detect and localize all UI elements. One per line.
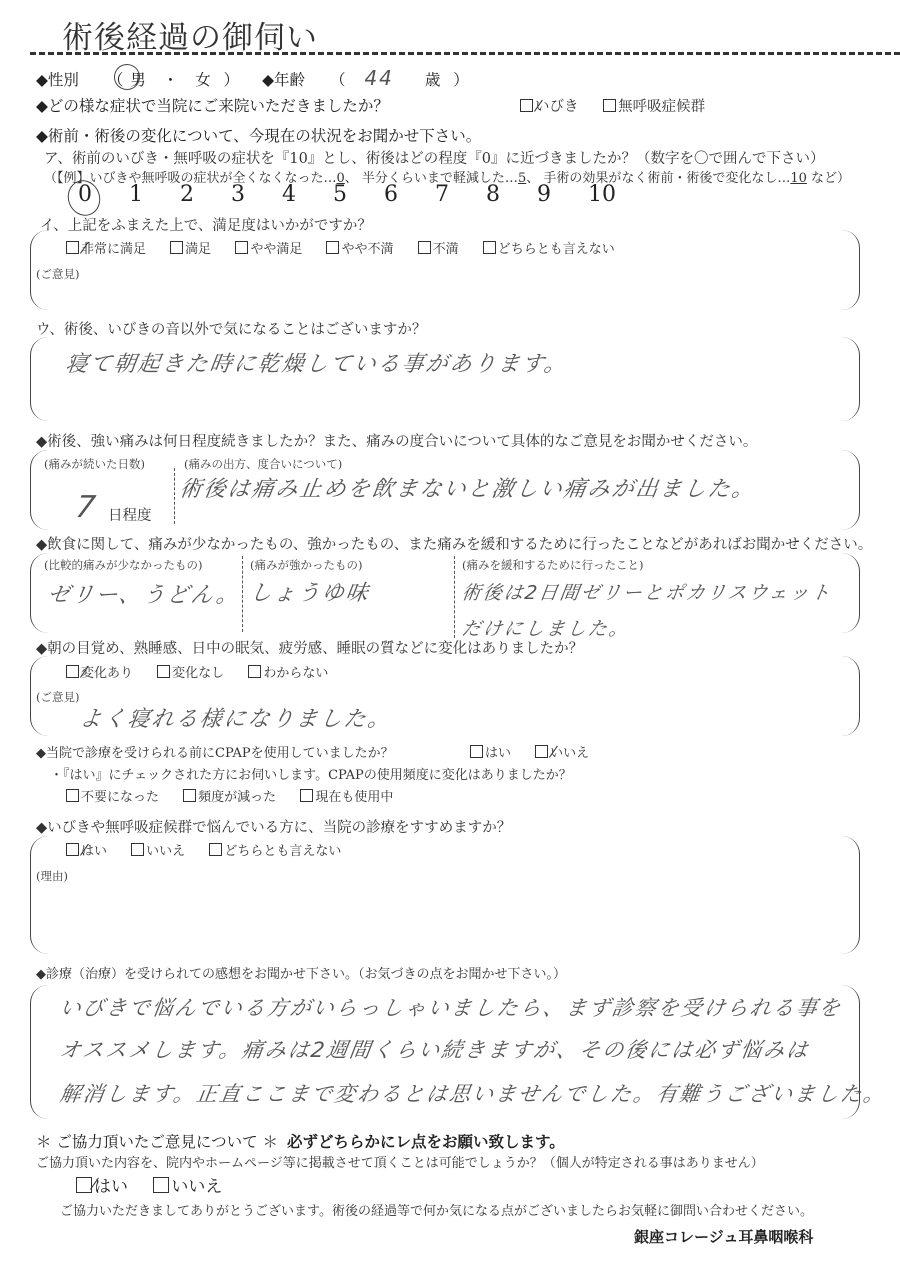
satisfaction-option[interactable]: やや不満	[326, 242, 393, 257]
cpap-options: はい いいえ	[470, 742, 609, 761]
sex-label: ◆性別	[36, 71, 79, 89]
option-label: どちらとも言えない	[498, 242, 615, 257]
option-label: 変化あり	[81, 666, 133, 681]
checkbox-icon[interactable]	[603, 99, 616, 112]
cpap-option-no[interactable]: いいえ	[535, 746, 589, 761]
pain-column-divider	[174, 468, 175, 524]
sleep-question: ◆朝の目覚め、熟睡感、日中の眠気、疲労感、睡眠の質などに変化はありましたか？	[36, 637, 583, 658]
checkbox-checked-icon[interactable]	[535, 745, 548, 758]
consent-option-no[interactable]: いいえ	[153, 1177, 222, 1197]
satisfaction-options: 非常に満足 満足 やや満足 やや不満 不満 どちらとも言えない	[66, 238, 635, 257]
option-label: 現在も使用中	[315, 790, 393, 805]
option-label: 頻度が減った	[198, 790, 276, 805]
checkbox-icon[interactable]	[483, 241, 496, 254]
scale-option[interactable]: 3	[231, 182, 282, 207]
checkbox-checked-icon[interactable]	[66, 241, 79, 254]
impressions-question: ◆診療（治療）を受けられての感想をお聞かせ下さい。（お気づきの点をお聞かせ下さい…	[36, 963, 566, 982]
checkbox-checked-icon[interactable]	[66, 665, 79, 678]
sleep-comment[interactable]: よく寝れる様になりました。	[78, 702, 394, 733]
change-sub-a: ア、術前のいびき・無呼吸の症状を『10』とし、術後はどの程度『0』に近づきました…	[44, 147, 825, 168]
checkbox-icon[interactable]	[153, 1177, 169, 1193]
option-label: 不要になった	[81, 790, 159, 805]
option-label: 変化なし	[172, 666, 224, 681]
cpap-question: ◆当院で診療を受けられる前にCPAPを使用していましたか？	[36, 742, 394, 761]
pain-question: ◆術後、強い痛みは何日程度続きましたか？また、痛みの度合いについて具体的なご意見…	[36, 430, 757, 451]
checkbox-checked-icon[interactable]	[520, 99, 533, 112]
symptom-question: ◆どの様な症状で当院にご来院いただきましたか？	[36, 94, 389, 116]
recommend-option[interactable]: いいえ	[131, 844, 185, 859]
satisfaction-comment-label: (ご意見)	[36, 266, 79, 282]
impressions-line-2[interactable]: オススメします。痛みは2週間くらい続きますが、その後には必ず悩みは	[58, 1034, 812, 1064]
cpap-followup-options: 不要になった 頻度が減った 現在も使用中	[66, 786, 413, 805]
satisfaction-option[interactable]: 満足	[170, 242, 211, 257]
checkbox-checked-icon[interactable]	[76, 1177, 92, 1193]
pain-detail-label: (痛みの出方、度合いについて)	[184, 456, 342, 472]
option-label: やや満足	[250, 242, 302, 257]
pain-days-unit: 日程度	[108, 504, 152, 525]
scale-option[interactable]: 7	[435, 182, 486, 207]
sleep-option[interactable]: 変化なし	[157, 666, 224, 681]
satisfaction-option[interactable]: 不満	[418, 242, 459, 257]
cpap-followup: ・『はい』にチェックされた方にお伺いします。CPAPの使用頻度に変化はありました…	[50, 764, 572, 783]
improvement-scale: 012345678910	[78, 182, 639, 207]
consent-question: ご協力頂いた内容を、院内やホームページ等に掲載させて頂くことは可能でしょうか？（…	[36, 1152, 764, 1171]
paren: （	[330, 71, 346, 89]
pain-days-label: (痛みが続いた日数)	[44, 456, 145, 472]
diet-less-pain-answer[interactable]: ゼリー、うどん。	[46, 578, 243, 609]
impressions-line-1[interactable]: いびきで悩んでいる方がいらっしゃいましたら、まず診察を受けられる事を	[58, 992, 844, 1022]
age-value[interactable]: 44	[364, 66, 393, 90]
checkbox-icon[interactable]	[418, 241, 431, 254]
diet-column-divider	[242, 556, 243, 632]
example-value: 10	[790, 171, 807, 186]
checkbox-icon[interactable]	[66, 789, 79, 802]
scale-option[interactable]: 1	[129, 182, 180, 207]
diet-less-pain-label: (比較的痛みが少なかったもの)	[44, 557, 202, 573]
paren: ）	[453, 71, 469, 89]
cpap-option-yes[interactable]: はい	[470, 746, 511, 761]
diet-question: ◆飲食に関して、痛みが少なかったもの、強かったもの、また痛みを緩和するために行っ…	[36, 533, 872, 554]
checkbox-icon[interactable]	[131, 843, 144, 856]
profile-row: ◆性別 （ 男 ・ 女 ） ◆年齢 （ 44 歳 ）	[36, 66, 469, 90]
option-label: 非常に満足	[81, 242, 146, 257]
symptom-options: いびき 無呼吸症候群	[520, 95, 725, 116]
consent-option-yes[interactable]: はい	[76, 1177, 128, 1197]
checkbox-icon[interactable]	[326, 241, 339, 254]
age-unit: 歳	[425, 71, 441, 89]
checkbox-icon[interactable]	[170, 241, 183, 254]
checkbox-icon[interactable]	[235, 241, 248, 254]
example-text: など）	[807, 171, 850, 186]
change-question: ◆術前・術後の変化について、今現在の状況をお聞かせ下さい。	[36, 124, 481, 146]
concerns-answer[interactable]: 寝て朝起きた時に乾燥している事があります。	[64, 347, 571, 378]
scale-option[interactable]: 8	[486, 182, 537, 207]
recommend-reason-label: (理由)	[36, 868, 68, 884]
satisfaction-option[interactable]: どちらとも言えない	[483, 242, 615, 257]
symptom-option-snoring[interactable]: いびき	[520, 99, 579, 115]
diet-column-divider	[454, 556, 455, 638]
checkbox-icon[interactable]	[209, 843, 222, 856]
satisfaction-option[interactable]: やや満足	[235, 242, 302, 257]
separator: ・	[163, 71, 179, 89]
recommend-option[interactable]: はい	[66, 844, 107, 859]
checkbox-icon[interactable]	[300, 789, 313, 802]
consent-options: はい いいえ	[76, 1172, 242, 1197]
cpap-followup-option[interactable]: 現在も使用中	[300, 790, 393, 805]
symptom-option-apnea[interactable]: 無呼吸症候群	[603, 99, 705, 115]
scale-option[interactable]: 4	[282, 182, 333, 207]
age-label: ◆年齢	[262, 71, 305, 89]
checkbox-icon[interactable]	[470, 745, 483, 758]
consent-heading-text: ＊ ご協力頂いたご意見について ＊	[36, 1133, 278, 1151]
checkbox-icon[interactable]	[183, 789, 196, 802]
sleep-options: 変化あり 変化なし わからない	[66, 662, 348, 681]
option-label: やや不満	[341, 242, 393, 257]
clinic-name: 銀座コレージュ耳鼻咽喉科	[634, 1226, 813, 1247]
diet-relief-label: (痛みを緩和するために行ったこと)	[462, 557, 643, 573]
option-label: はい	[94, 1177, 128, 1197]
pain-detail-answer[interactable]: 術後は痛み止めを飲まないと激しい痛みが出ました。	[178, 472, 758, 503]
cpap-followup-option[interactable]: 頻度が減った	[183, 790, 276, 805]
option-label: 満足	[185, 242, 211, 257]
recommend-option[interactable]: どちらとも言えない	[209, 844, 341, 859]
option-label: いいえ	[171, 1177, 222, 1197]
scale-option[interactable]: 2	[180, 182, 231, 207]
paren: ）	[224, 71, 240, 89]
sleep-option[interactable]: わからない	[248, 666, 328, 681]
checkbox-icon[interactable]	[248, 665, 261, 678]
satisfaction-option[interactable]: 非常に満足	[66, 242, 146, 257]
option-label: いいえ	[146, 844, 185, 859]
impressions-line-3[interactable]: 解消します。正直ここまで変わるとは思いませんでした。有難うございました。	[58, 1078, 889, 1108]
page-title: 術後経過の御伺い	[62, 12, 318, 57]
option-label: どちらとも言えない	[224, 844, 341, 859]
option-label: はい	[485, 746, 511, 761]
recommend-question: ◆いびきや無呼吸症候群で悩んでいる方に、当院の診療をすすめますか？	[36, 816, 511, 837]
diet-strong-pain-label: (痛みが強かったもの)	[250, 557, 362, 573]
scale-option[interactable]: 9	[537, 182, 588, 207]
consent-heading-emphasis: 必ずどちらかにレ点をお願い致します。	[287, 1133, 565, 1151]
scale-option[interactable]: 5	[333, 182, 384, 207]
diet-strong-pain-answer[interactable]: しょうゆ味	[248, 576, 372, 607]
checkbox-checked-icon[interactable]	[66, 843, 79, 856]
option-label: 無呼吸症候群	[618, 99, 705, 115]
option-label: 不満	[433, 242, 459, 257]
recommend-options: はい いいえ どちらとも言えない	[66, 840, 361, 859]
sex-option-female[interactable]: 女	[195, 71, 211, 89]
sleep-comment-label: (ご意見)	[36, 689, 79, 705]
scale-option[interactable]: 6	[384, 182, 435, 207]
consent-heading: ＊ ご協力頂いたご意見について ＊ 必ずどちらかにレ点をお願い致します。	[36, 1130, 565, 1152]
title-divider	[30, 52, 900, 55]
diet-relief-answer-line1[interactable]: 術後は2日間ゼリーとポカリスウェット	[460, 578, 834, 605]
option-label: わからない	[263, 666, 328, 681]
scale-option[interactable]: 10	[588, 182, 639, 207]
concerns-question: ウ、術後、いびきの音以外で気になることはございますか？	[36, 318, 426, 339]
cpap-followup-option[interactable]: 不要になった	[66, 790, 159, 805]
sleep-option[interactable]: 変化あり	[66, 666, 133, 681]
checkbox-icon[interactable]	[157, 665, 170, 678]
footer-thanks: ご協力いただきましてありがとうございます。術後の経過等で何か気になる点がございま…	[60, 1200, 813, 1219]
